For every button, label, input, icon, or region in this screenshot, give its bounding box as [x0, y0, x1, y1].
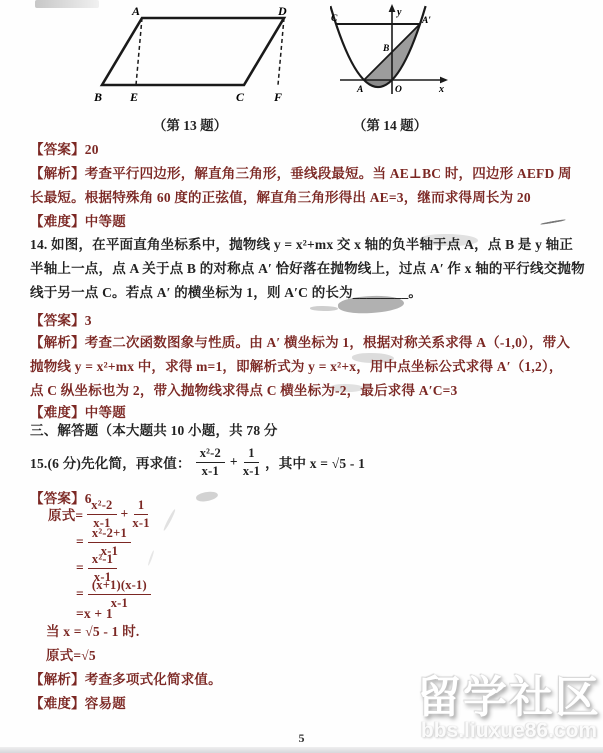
q14-answer: 【答案】3: [30, 309, 92, 333]
q14-stem-line-1: 14. 如图，在平面直角坐标系中，抛物线 y = x²+mx 交 x 轴的负半轴…: [30, 233, 583, 257]
watermark-title: 留学社区: [417, 661, 601, 725]
q14-analysis-line-3: 点 C 纵坐标也为 2，带入抛物线求得点 C 横坐标为-2，最后求得 A′C=3: [30, 379, 583, 403]
label-F: F: [273, 90, 282, 104]
q15-fraction-1: x²-2x-1: [196, 446, 225, 478]
step1-fraction-2: 1x-1: [132, 498, 149, 530]
label-B: B: [382, 44, 389, 54]
label-D: D: [277, 5, 287, 18]
label-A: A: [356, 85, 363, 95]
scan-edge-bar: [0, 747, 603, 753]
step1-fraction-1: x²-2x-1: [87, 498, 116, 530]
step1-label: 原式=: [48, 504, 83, 524]
q14-stem: 14. 如图，在平面直角坐标系中，抛物线 y = x²+mx 交 x 轴的负半轴…: [30, 233, 583, 305]
q15-plus: +: [230, 454, 238, 470]
q15-result: 原式=√5: [46, 644, 96, 668]
step1-plus: +: [121, 506, 129, 522]
figure-14: y x C A′ B A O: [330, 2, 455, 119]
parallelogram-drawing: A D B E C F: [88, 5, 303, 107]
q15-suffix: ，其中 x = √5 - 1: [265, 452, 365, 472]
label-x-axis: x: [438, 84, 444, 95]
label-B: B: [93, 90, 102, 104]
scan-streak-2: [147, 550, 154, 566]
scanned-exam-page: A D B E C F （第 13 题） y x C A′: [0, 0, 603, 753]
label-C: C: [236, 90, 245, 104]
label-A: A: [131, 5, 140, 18]
figure-13: A D B E C F: [88, 5, 303, 112]
q13-analysis-line-2: 长最短。根据特殊角 60 度的正弦值，解直角三角形得出 AE=3，继而求得周长为…: [30, 186, 581, 210]
q14-stem-line-3: 线于另一点 C。若点 A′ 的横坐标为 1，则 A′C 的长为________。: [30, 281, 583, 305]
q15-difficulty: 【难度】容易题: [30, 692, 126, 716]
q15-prefix: 15.(6 分)先化简，再求值：: [30, 452, 191, 472]
step2-equals: =: [76, 534, 84, 550]
parabola-drawing: y x C A′ B A O: [330, 2, 455, 114]
page-number: 5: [0, 731, 603, 746]
q13-difficulty: 【难度】中等题: [30, 210, 581, 234]
step4-equals: =: [76, 586, 84, 602]
scan-streak-1: [163, 509, 177, 532]
q13-analysis-line-1: 【解析】考查平行四边形，解直角三角形，垂线段最短。当 AE⊥BC 时，四边形 A…: [30, 162, 581, 186]
q14-analysis-line-1: 【解析】考查二次函数图象与性质。由 A′ 横坐标为 1，根据对称关系求得 A（-…: [30, 331, 583, 355]
label-y-axis: y: [396, 7, 402, 18]
q15-substitution: 当 x = √5 - 1 时.: [46, 620, 139, 644]
scan-smudge-small: [195, 490, 218, 503]
q15-fraction-2: 1x-1: [243, 446, 260, 478]
q15-step-1: 原式= x²-2x-1 + 1x-1: [48, 500, 150, 528]
q15-statement: 15.(6 分)先化简，再求值： x²-2x-1 + 1x-1 ，其中 x = …: [30, 440, 365, 484]
q14-analysis-line-2: 抛物线 y = x²+mx 中，求得 m=1，即解析式为 y = x²+x，用中…: [30, 355, 583, 379]
q13-answer: 【答案】20: [30, 138, 581, 162]
q14-analysis-block: 【解析】考查二次函数图象与性质。由 A′ 横坐标为 1，根据对称关系求得 A（-…: [30, 331, 583, 403]
label-C: C: [331, 14, 338, 24]
q13-answer-block: 【答案】20 【解析】考查平行四边形，解直角三角形，垂线段最短。当 AE⊥BC …: [30, 138, 581, 234]
figure-14-caption: （第 14 题）: [330, 114, 450, 134]
label-O: O: [395, 85, 402, 95]
scan-smudge-tail: [310, 306, 338, 311]
step3-equals: =: [76, 560, 84, 576]
q14-stem-line-2: 半轴上一点，点 A 关于点 B 的对称点 A′ 恰好落在抛物线上，过点 A′ 作…: [30, 257, 583, 281]
q15-analysis: 【解析】考查多项式化简求值。: [30, 668, 222, 692]
label-E: E: [129, 90, 138, 104]
label-A-prime: A′: [421, 16, 431, 26]
figure-13-caption: （第 13 题）: [130, 114, 250, 134]
